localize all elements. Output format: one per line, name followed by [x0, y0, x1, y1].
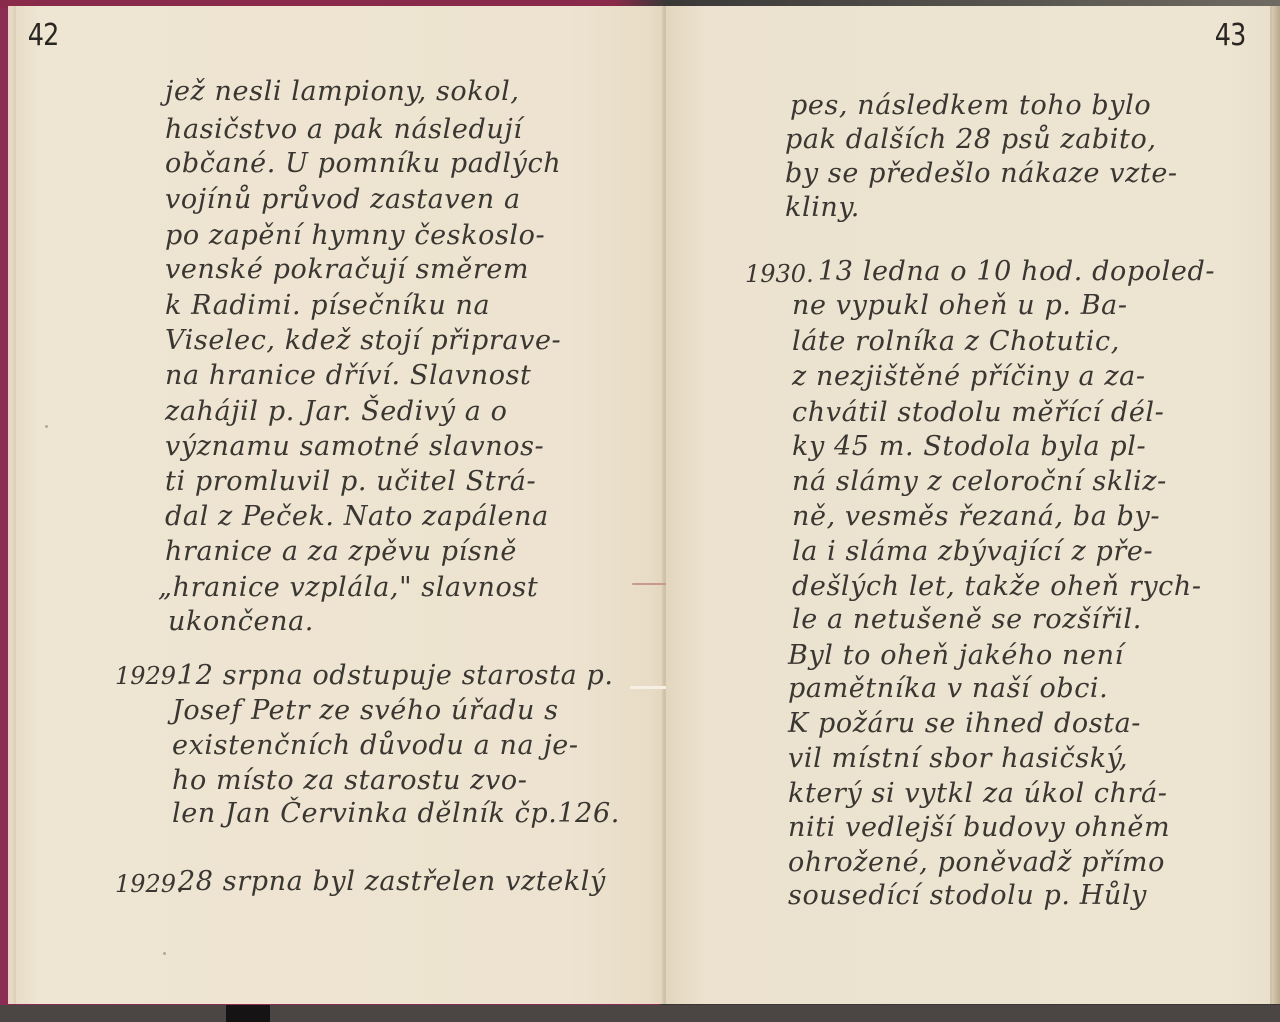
text-line: hranice a za zpěvu písně [165, 538, 517, 565]
text-line: chvátil stodolu měřící dél- [792, 399, 1164, 426]
text-line: zahájil p. Jar. Šedivý a o [165, 398, 508, 425]
text-line: 28 srpna byl zastřelen vzteklý [178, 868, 606, 895]
text-line: sousedící stodolu p. Hůly [788, 882, 1147, 909]
text-line: občané. U pomníku padlých [165, 150, 561, 177]
text-line: Josef Petr ze svého úřadu s [172, 697, 559, 724]
text-line: „hranice vzplála," slavnost [158, 574, 538, 601]
right-page-edge [1272, 6, 1280, 1004]
entry-year: 1929. [115, 870, 184, 898]
text-line: Byl to oheň jakého není [788, 642, 1124, 669]
text-line: k Radimi. písečníku na [165, 292, 490, 319]
text-line: významu samotné slavnos- [165, 433, 544, 460]
text-line: la i sláma zbývající z pře- [792, 538, 1153, 565]
text-line: len Jan Červinka dělník čp.126. [172, 800, 620, 827]
page-number-right: 43 [1215, 18, 1246, 53]
text-line: po zapění hymny českoslo- [165, 222, 545, 249]
text-line: láte rolníka z Chotutic, [792, 328, 1120, 355]
text-line: pes, následkem toho bylo [790, 92, 1151, 119]
desk-shadow [226, 1005, 270, 1022]
left-page-edge [8, 6, 16, 1004]
text-line: vojínů průvod zastaven a [165, 186, 521, 213]
text-line: 13 ledna o 10 hod. dopoled- [818, 258, 1215, 285]
text-line: ná slámy z celoroční skliz- [792, 468, 1167, 495]
text-line: pak dalších 28 psů zabito, [785, 126, 1157, 153]
text-line: který si vytkl za úkol chrá- [788, 780, 1168, 807]
entry-year: 1929. [115, 662, 184, 690]
text-line: by se předešlo nákaze vzte- [785, 160, 1178, 187]
text-line: jež nesli lampiony, sokol, [165, 78, 520, 105]
text-line: pamětníka v naší obci. [788, 675, 1108, 702]
text-line: vil místní sbor hasičský, [788, 745, 1128, 772]
text-line: dešlých let, takže oheň rych- [792, 573, 1202, 600]
text-line: K požáru se ihned dosta- [788, 710, 1141, 737]
text-line: ukončena. [168, 608, 314, 635]
text-line: ky 45 m. Stodola byla pl- [792, 433, 1146, 460]
text-line: Viselec, kdež stojí připrave- [165, 327, 561, 354]
text-line: ne vypukl oheň u p. Ba- [792, 292, 1128, 319]
text-line: existenčních důvodu a na je- [172, 732, 579, 759]
text-line: ně, vesměs řezaná, ba by- [792, 503, 1160, 530]
text-line: hasičstvo a pak následují [165, 116, 523, 143]
text-line: ti promluvil p. učitel Strá- [165, 468, 536, 495]
text-line: z nezjištěné příčiny a za- [792, 363, 1146, 390]
text-line: le a netušeně se rozšířil. [792, 606, 1142, 633]
text-line: niti vedlejší budovy ohněm [788, 814, 1170, 841]
text-line: na hranice dříví. Slavnost [165, 362, 531, 389]
text-line: dal z Peček. Nato zapálena [165, 503, 549, 530]
text-line: 12 srpna odstupuje starosta p. [178, 662, 614, 689]
text-line: ho místo za starostu zvo- [172, 767, 527, 794]
text-line: ohrožené, poněvadž přímo [788, 849, 1165, 876]
desk-bottom [0, 1005, 1280, 1022]
paper-speck [163, 952, 166, 955]
paper-speck [45, 425, 48, 428]
text-line: kliny. [785, 194, 860, 221]
entry-year: 1930. [745, 260, 814, 288]
text-line: venské pokračují směrem [165, 256, 529, 283]
page-number-left: 42 [28, 18, 59, 53]
